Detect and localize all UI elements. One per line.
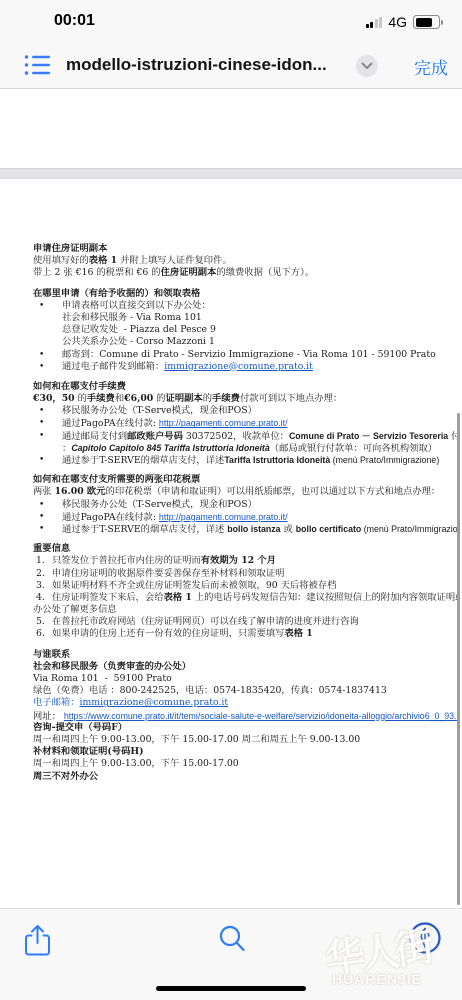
doc-text: 通过参于T-SERVE的烟草店支付，详述 xyxy=(62,455,224,466)
doc-line: 电子邮箱：immigrazione@comune.prato.it xyxy=(33,697,458,709)
pdf-page: 申请住房证明副本使用填写好的表格 1 并附上填写人证件复印件。带上 2 张 €1… xyxy=(0,179,462,906)
doc-blank-line xyxy=(33,466,458,474)
list-marker: 6. xyxy=(33,628,52,640)
doc-line: 周三不对外办公 xyxy=(33,771,458,783)
doc-text: （邮局或银行付款单：可向各机构领取） xyxy=(270,443,437,454)
page-separator xyxy=(0,168,462,179)
list-marker: • xyxy=(39,511,44,523)
doc-line: 重要信息 xyxy=(33,543,458,555)
doc-text: 并附上填写人证件复印件。 xyxy=(117,255,232,266)
doc-text: 和 xyxy=(115,393,124,404)
chevron-down-icon xyxy=(361,62,373,70)
doc-blank-line xyxy=(33,535,458,543)
doc-text: Comune di Prato － Servizio Tesoreria xyxy=(289,431,448,441)
search-button[interactable] xyxy=(218,924,246,957)
doc-line: 社会和移民服务（负责审查的办公处） xyxy=(33,661,458,673)
done-button[interactable]: 完成 xyxy=(414,54,448,79)
doc-text: 住房证明副本 xyxy=(161,267,217,278)
list-marker: • xyxy=(39,300,44,312)
network-type-label: 4G xyxy=(388,14,407,30)
doc-link[interactable]: immigrazione@comune.prato.it xyxy=(164,361,313,372)
doc-line: •通过邮局支付到邮政账户号码 30372502，收款单位：Comune di P… xyxy=(33,430,458,442)
doc-text: €30，50 xyxy=(33,393,75,404)
doc-text: Via Roma 101 - 59100 Prato xyxy=(33,673,172,684)
doc-line: 6.如果申请的住房上还有一份有效的住房证明，只需要填写表格 1 xyxy=(33,628,458,640)
doc-line: 带上 2 张 €16 的税票和 €6 的住房证明副本的缴费收据（见下方）。 xyxy=(33,267,458,279)
doc-line: •通过PagoPA在线付款: http://pagamenti.comune.p… xyxy=(33,511,458,523)
doc-line: €30，50 的手续费和€6,00 的证明副本的手续费付款可到以下地点办理： xyxy=(33,393,458,405)
doc-text: 使用填写好的 xyxy=(33,255,89,266)
doc-line: 网址： https://www.comune.prato.it/it/temi/… xyxy=(33,710,458,722)
list-marker: • xyxy=(39,499,44,511)
doc-text: 申请住 xyxy=(33,243,61,254)
doc-text: 移民服务办公处（T-Serve模式，现金和POS） xyxy=(62,499,257,510)
doc-line: 社会和移民服务 - Via Roma 101 xyxy=(33,312,458,324)
doc-text: 上的电话号码发短信告知：建议按照短信上的附加内容领取证明或联络 xyxy=(192,592,458,603)
doc-text: 申请住房证明的收据原件要妥善保存至补材料和领取证明 xyxy=(52,568,284,579)
doc-text: 如何和在哪支付支所需要的两张印花税票 xyxy=(33,474,200,485)
doc-text: 只签发位于普拉托市内住房的证明而 xyxy=(52,555,201,566)
doc-line: 在哪里申请（有给予收据的）和领取表格 xyxy=(33,288,458,300)
doc-text: 证明副本 xyxy=(166,393,203,404)
pdf-viewer[interactable]: 申请住房证明副本使用填写好的表格 1 并附上填写人证件复印件。带上 2 张 €1… xyxy=(0,89,462,908)
doc-text: 公共关系办公处 - Corso Mazzoni 1 xyxy=(62,336,215,347)
doc-text: 的印花税票（申请和取证明）可以用纸质邮票，也可以通过以下方式和地点办理： xyxy=(106,486,441,497)
document-lines: 申请住房证明副本使用填写好的表格 1 并附上填写人证件复印件。带上 2 张 €1… xyxy=(33,243,458,783)
search-icon xyxy=(218,924,246,954)
doc-text: Capitolo Capitolo 845 Tariffa Istruttori… xyxy=(71,443,269,453)
list-marker: • xyxy=(39,405,44,417)
doc-line: 2.申请住房证明的收据原件要妥善保存至补材料和领取证明 xyxy=(33,568,458,580)
doc-text: 通过邮局支付到 xyxy=(62,431,127,442)
list-marker: 5. xyxy=(33,616,52,628)
doc-text: 网址： xyxy=(33,711,64,722)
status-bar: 00:01 4G xyxy=(0,0,462,44)
doc-line: 周一和周四上午 9.00-13.00，下午 15.00-17.00 xyxy=(33,758,458,770)
home-indicator[interactable] xyxy=(156,986,306,991)
doc-line: 公共关系办公处 - Corso Mazzoni 1 xyxy=(33,336,458,348)
doc-line: ：Capitolo Capitolo 845 Tariffa Istruttor… xyxy=(33,442,458,454)
doc-line: 两张 16.00 欧元的印花税票（申请和取证明）可以用纸质邮票，也可以通过以下方… xyxy=(33,486,458,498)
doc-text: 表格 1 xyxy=(284,628,312,639)
doc-text: 邮寄到：Comune di Prato - Servizio Immigrazi… xyxy=(62,349,436,360)
doc-line: •邮寄到：Comune di Prato - Servizio Immigraz… xyxy=(33,349,458,361)
doc-text: bollo certificato xyxy=(296,524,362,534)
list-marker: • xyxy=(39,454,44,466)
thumbnail-list-icon[interactable] xyxy=(24,54,50,76)
doc-text: 表格 1 xyxy=(164,592,192,603)
share-button[interactable] xyxy=(24,924,51,960)
doc-text: 的 xyxy=(203,393,212,404)
doc-text: Tariffa Istruttoria Idoneità xyxy=(224,455,330,465)
doc-text: €6,00 xyxy=(124,393,153,404)
doc-blank-line xyxy=(33,373,458,381)
scrollbar[interactable] xyxy=(457,413,461,905)
doc-text: 咨询-提交申（号码F） xyxy=(33,722,127,733)
doc-line: 5.在普拉托市政府网站（住房证明网页）可以在线了解申请的进度并进行咨询 xyxy=(33,616,458,628)
previous-page-bottom xyxy=(0,89,462,168)
doc-line: 3.如果证明材料不齐全或住房证明签发后而未被领取，90 天后将被存档 xyxy=(33,580,458,592)
title-menu-button[interactable] xyxy=(356,55,378,77)
doc-text: 绿色（免费）电话 ：800-242525，电话：0574-1835420，传真：… xyxy=(33,685,387,696)
doc-text: 手续费 xyxy=(212,393,240,404)
doc-text: 通过参于T-SERVE的烟草店支付，详述 xyxy=(62,524,227,535)
doc-blank-line xyxy=(33,641,458,649)
doc-text: 手续费 xyxy=(87,393,115,404)
nav-bar: modello-istruzioni-cinese-idon... 完成 xyxy=(0,44,462,89)
doc-text: 付款可到以下地点办理： xyxy=(240,393,342,404)
doc-link[interactable]: http://pagamenti.comune.prato.it/ xyxy=(159,418,288,428)
doc-line: •通过PagoPA在线付款: http://pagamenti.comune.p… xyxy=(33,417,458,429)
doc-line: 如何和在哪支付支所需要的两张印花税票 xyxy=(33,474,458,486)
doc-text: bollo istanza xyxy=(227,524,280,534)
doc-text: 在普拉托市政府网站（住房证明网页）可以在线了解申请的进度并进行咨询 xyxy=(52,616,359,627)
doc-text: 与谁联系 xyxy=(33,649,70,660)
iphone-screen: 00:01 4G modello-istruzioni-cinese-idon.… xyxy=(0,0,462,1000)
markup-button[interactable] xyxy=(408,921,442,958)
doc-text: 或 xyxy=(281,524,296,535)
battery-icon xyxy=(413,15,440,29)
list-marker: • xyxy=(39,349,44,361)
doc-line: 1.只签发位于普拉托市内住房的证明而有效期为 12 个月 xyxy=(33,555,458,567)
doc-text: 社会和移民服务 - Via Roma 101 xyxy=(62,312,202,323)
doc-blank-line xyxy=(33,280,458,288)
doc-text: 邮政账户号码 xyxy=(127,431,183,442)
doc-line: 4.住房证明签发下来后，会给表格 1 上的电话号码发短信告知：建议按照短信上的附… xyxy=(33,592,458,604)
doc-line: Via Roma 101 - 59100 Prato xyxy=(33,673,458,685)
doc-text: 周一和周四上午 9.00-13.00，下午 15.00-17.00 周二和周五上… xyxy=(33,734,360,745)
list-marker: 4. xyxy=(33,592,52,604)
doc-text: 两张 xyxy=(33,486,55,497)
doc-text: 移民服务办公处（T-Serve模式，现金和POS） xyxy=(62,405,257,416)
doc-text: 周一和周四上午 9.00-13.00，下午 15.00-17.00 xyxy=(33,758,239,769)
doc-line: 咨询-提交申（号码F） xyxy=(33,722,458,734)
doc-line: 与谁联系 xyxy=(33,649,458,661)
doc-line: •通过参于T-SERVE的烟草店支付，详述Tariffa Istruttoria… xyxy=(33,454,458,466)
doc-text: 周三不对外办公 xyxy=(33,771,98,782)
doc-line: •移民服务办公处（T-Serve模式，现金和POS） xyxy=(33,499,458,511)
doc-text: 重要信息 xyxy=(33,543,70,554)
doc-line: 总登记收发处 - Piazza del Pesce 9 xyxy=(33,324,458,336)
doc-text: 的缴费收据（见下方）。 xyxy=(216,267,314,278)
doc-text: 补材料和领取证明(号码H) xyxy=(33,746,144,757)
doc-text: 通过电子邮件发到邮箱： xyxy=(62,361,164,372)
doc-text: 如果证明材料不齐全或住房证明签发后而未被领取，90 天后将被存档 xyxy=(52,580,336,591)
doc-line: •通过参于T-SERVE的烟草店支付，详述 bollo istanza 或 bo… xyxy=(33,523,458,535)
status-time: 00:01 xyxy=(54,12,95,30)
list-marker: 1. xyxy=(33,555,52,567)
doc-line: •申请表格可以直接交到以下办公处： xyxy=(33,300,458,312)
doc-link[interactable]: immigrazione@comune.prato.it xyxy=(80,697,229,708)
doc-text: 申请表格可以直接交到以下办公处： xyxy=(62,300,211,311)
doc-text: 通过PagoPA在线付款: xyxy=(62,512,159,523)
doc-text: 通过PagoPA在线付款: xyxy=(62,418,159,429)
share-icon xyxy=(24,924,51,957)
doc-line: 使用填写好的表格 1 并附上填写人证件复印件。 xyxy=(33,255,458,267)
doc-text: 如何和在哪支付手续费 xyxy=(33,381,126,392)
doc-text: 的 xyxy=(153,393,165,404)
doc-line: 周一和周四上午 9.00-13.00，下午 15.00-17.00 周二和周五上… xyxy=(33,734,458,746)
doc-line: 办公处了解更多信息 xyxy=(33,604,458,616)
doc-text: 表格 1 xyxy=(89,255,117,266)
list-marker: 2. xyxy=(33,568,52,580)
list-marker: 3. xyxy=(33,580,52,592)
doc-text: 社会和移民服务（负责审查的办公处） xyxy=(33,661,191,672)
doc-line: 补材料和领取证明(号码H) xyxy=(33,746,458,758)
doc-line: 如何和在哪支付手续费 xyxy=(33,381,458,393)
doc-text: 如果申请的住房上还有一份有效的住房证明，只需要填写 xyxy=(52,628,284,639)
doc-text: ： xyxy=(62,443,71,454)
doc-text: 住房证明签发下来后，会给 xyxy=(52,592,164,603)
doc-line: •移民服务办公处（T-Serve模式，现金和POS） xyxy=(33,405,458,417)
list-marker: • xyxy=(39,417,44,429)
doc-line: 申请住房证明副本 xyxy=(33,243,458,255)
doc-link[interactable]: https://www.comune.prato.it/it/temi/soci… xyxy=(64,711,458,721)
doc-line: •通过电子邮件发到邮箱：immigrazione@comune.prato.it xyxy=(33,361,458,373)
doc-text: 的 xyxy=(75,393,87,404)
doc-text: 总登记收发处 - Piazza del Pesce 9 xyxy=(62,324,216,335)
doc-text: 有效期为 12 个月 xyxy=(201,555,276,566)
markup-pen-icon xyxy=(408,921,442,955)
doc-text: 30372502，收款单位： xyxy=(183,431,289,442)
bottom-toolbar: 华人街 HUARENJIE xyxy=(0,908,462,1000)
doc-line: 绿色（免费）电话 ：800-242525，电话：0574-1835420，传真：… xyxy=(33,685,458,697)
doc-link[interactable]: 电子邮箱： xyxy=(33,697,80,708)
doc-text: (menù Prato/Immigrazione) xyxy=(330,455,439,465)
doc-text: 16.00 欧元 xyxy=(55,486,106,497)
list-marker: • xyxy=(39,361,44,373)
top-chrome: 00:01 4G modello-istruzioni-cinese-idon.… xyxy=(0,0,462,89)
document-title: modello-istruzioni-cinese-idon... xyxy=(66,55,327,75)
doc-text: 带上 2 张 €16 的税票和 €6 的 xyxy=(33,267,161,278)
watermark-en-text: HUARENJIE xyxy=(292,971,462,987)
doc-text: 办公处了解更多信息 xyxy=(33,604,117,615)
doc-text: 房证明副本 xyxy=(61,243,108,254)
cellular-signal-icon xyxy=(366,17,383,28)
doc-text: 在哪里申请（有给予收据的）和领取表格 xyxy=(33,288,200,299)
doc-link[interactable]: http://pagamenti.comune.prato.it/ xyxy=(159,512,288,522)
doc-text: (menù Prato/Immigrazione) xyxy=(361,524,458,534)
list-marker: • xyxy=(39,523,44,535)
list-marker: • xyxy=(39,430,44,442)
